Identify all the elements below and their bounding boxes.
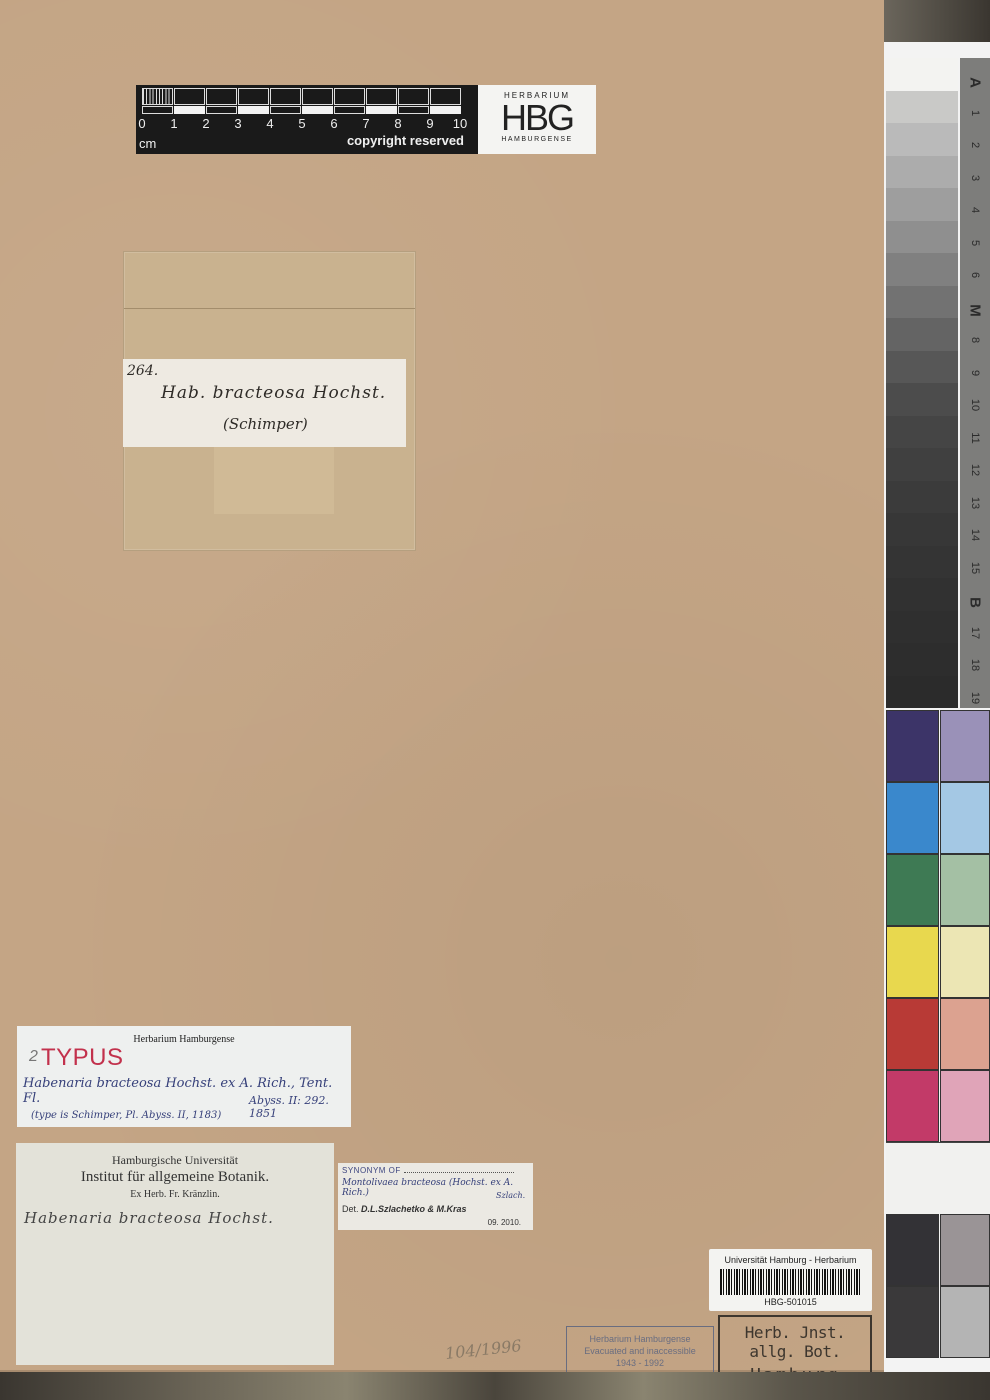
packet-taxon-name: Hab. bracteosa Hochst.: [161, 383, 386, 403]
scale-segment: [302, 88, 334, 115]
gray-step: [886, 286, 958, 319]
institute-university: Hamburgische Universität: [16, 1153, 334, 1168]
gray-step: [886, 156, 958, 189]
gray-step: [886, 253, 958, 286]
det-names: D.L.Szlachetko & M.Kras: [361, 1204, 467, 1214]
gray-scale-label: 15: [969, 553, 981, 583]
institute-ex-herb: Ex Herb. Fr. Kränzlin.: [16, 1189, 334, 1200]
gray-step: [886, 58, 958, 91]
typus-label: Herbarium Hamburgense 2 TYPUS Habenaria …: [17, 1026, 351, 1127]
typus-status: TYPUS: [41, 1044, 124, 1072]
determiner: Det. D.L.Szlachetko & M.Kras: [342, 1204, 467, 1214]
scale-number: 8: [394, 116, 401, 131]
color-patch: [886, 782, 939, 854]
barcode-label: Universität Hamburg - Herbarium HBG-5010…: [709, 1249, 872, 1311]
checker-edge: [884, 0, 990, 42]
evac-line-3: 1943 - 1992: [567, 1357, 713, 1369]
packet-label: 264. Hab. bracteosa Hochst. (Schimper): [123, 359, 406, 447]
institute-handwritten-name: Habenaria bracteosa Hochst.: [24, 1209, 274, 1227]
gray-step: [886, 643, 958, 676]
color-patch: [886, 854, 939, 926]
gray-step: [886, 611, 958, 644]
color-patch: [886, 710, 939, 782]
scale-segment: [334, 88, 366, 115]
scale-number: 4: [266, 116, 273, 131]
scale-segment: [238, 88, 270, 115]
gray-step: [886, 351, 958, 384]
color-patch: [886, 998, 939, 1070]
scale-segment: [174, 88, 206, 115]
white-patch: [886, 1142, 990, 1214]
evacuation-stamp: Herbarium Hamburgense Evacuated and inac…: [566, 1326, 714, 1374]
scale-number: 2: [202, 116, 209, 131]
gray-step: [886, 546, 958, 579]
scale-segment: [270, 88, 302, 115]
synonym-author: Szlach.: [496, 1191, 525, 1200]
scale-number: 7: [362, 116, 369, 131]
scale-number: 10: [453, 116, 467, 131]
gray-scale-label: 5: [969, 228, 981, 258]
scale-number: 5: [298, 116, 305, 131]
gray-step: [886, 416, 958, 449]
scale-bar: 0 1 2 3 4 5 6 7 8 9 10 cm copyright rese…: [136, 85, 478, 154]
gray-step: [886, 221, 958, 254]
accession-note: 104/1996: [444, 1336, 522, 1363]
gray-step: [886, 448, 958, 481]
gray-scale-label: A: [967, 68, 984, 98]
typus-prefix: 2: [29, 1048, 38, 1066]
scale-segment: [366, 88, 398, 115]
evac-line-1: Herbarium Hamburgense: [567, 1333, 713, 1345]
color-patch: [886, 926, 939, 998]
packet-fold: [124, 308, 415, 309]
scale-segment: [398, 88, 430, 115]
color-patch: [940, 1070, 990, 1142]
gray-scale-label: 10: [969, 390, 981, 420]
packet-contents: [214, 444, 334, 514]
gray-scale-label: 14: [969, 520, 981, 550]
barcode-title: Universität Hamburg - Herbarium: [709, 1255, 872, 1265]
packet-collector: (Schimper): [223, 415, 308, 433]
gray-step: [886, 383, 958, 416]
gray-scale-label: B: [967, 588, 984, 618]
scale-number: 3: [234, 116, 241, 131]
scale-number: 1: [170, 116, 177, 131]
gray-scale-label: 3: [969, 163, 981, 193]
gray-scale-label: 2: [969, 130, 981, 160]
evac-line-2: Evacuated and inaccessible: [567, 1345, 713, 1357]
gray-patch: [940, 1214, 990, 1286]
color-patch: [940, 710, 990, 782]
gray-scale-label: 12: [969, 455, 981, 485]
gray-scale-label: 8: [969, 325, 981, 355]
inst-stamp-line-1: Herb. Jnst. allg. Bot.: [720, 1323, 870, 1361]
barcode-id: HBG-501015: [709, 1297, 872, 1307]
gray-patch: [886, 1214, 939, 1286]
scale-segment: [430, 88, 462, 115]
scale-unit: cm: [139, 136, 156, 151]
gray-step: [886, 676, 958, 709]
gray-step: [886, 513, 958, 546]
gray-scale-label: 17: [969, 618, 981, 648]
gray-step: [886, 578, 958, 611]
color-patch: [940, 926, 990, 998]
gray-step: [886, 188, 958, 221]
det-prefix: Det.: [342, 1204, 359, 1214]
gray-scale-label: 18: [969, 650, 981, 680]
gray-scale-label: 1: [969, 98, 981, 128]
institute-name: Institut für allgemeine Botanik.: [16, 1169, 334, 1186]
color-patch: [940, 998, 990, 1070]
gray-step: [886, 123, 958, 156]
gray-step: [886, 318, 958, 351]
synonym-header-text: SYNONYM OF: [342, 1166, 401, 1175]
scan-bottom-edge: [0, 1372, 990, 1400]
dotted-line: [404, 1172, 514, 1173]
gray-scale-label: 9: [969, 358, 981, 388]
color-patch: [940, 854, 990, 926]
gray-patch: [886, 1286, 939, 1358]
gray-scale-label: M: [967, 295, 984, 325]
scale-number: 0: [138, 116, 145, 131]
gray-scale-labels: A123456M89101112131415B171819: [960, 58, 990, 708]
copyright-text: copyright reserved: [347, 133, 464, 148]
color-patch: [940, 782, 990, 854]
gray-scale-label: 19: [969, 683, 981, 713]
synonym-header: SYNONYM OF: [342, 1166, 514, 1175]
gray-scale-label: 6: [969, 260, 981, 290]
typus-line-2: Abyss. II: 292. 1851: [249, 1094, 351, 1120]
barcode: [720, 1269, 862, 1295]
scale-segment: [206, 88, 238, 115]
institute-label: Hamburgische Universität Institut für al…: [16, 1143, 334, 1365]
hbg-logo: HERBARIUM HBG HAMBURGENSE: [478, 85, 596, 154]
scale-segment: [142, 88, 174, 115]
color-patch: [886, 1070, 939, 1142]
gray-scale-label: 11: [969, 423, 981, 453]
gray-patch: [940, 1286, 990, 1358]
herbarium-sheet: 0 1 2 3 4 5 6 7 8 9 10 cm copyright rese…: [0, 0, 884, 1372]
logo-bottom-text: HAMBURGENSE: [478, 136, 596, 143]
scale-number: 9: [426, 116, 433, 131]
packet-number: 264.: [127, 363, 158, 379]
determination-label: SYNONYM OF Montolivaea bracteosa (Hochst…: [338, 1163, 533, 1230]
scale-ticks: [142, 88, 462, 115]
typus-line-3: (type is Schimper, Pl. Abyss. II, 1183): [31, 1110, 221, 1121]
det-date: 09. 2010.: [488, 1218, 521, 1227]
gray-step: [886, 481, 958, 514]
logo-mark: HBG: [478, 100, 596, 136]
gray-scale-label: 4: [969, 195, 981, 225]
color-checker: A123456M89101112131415B171819: [884, 0, 990, 1400]
gray-step: [886, 91, 958, 124]
gray-scale-label: 13: [969, 488, 981, 518]
scale-number: 6: [330, 116, 337, 131]
